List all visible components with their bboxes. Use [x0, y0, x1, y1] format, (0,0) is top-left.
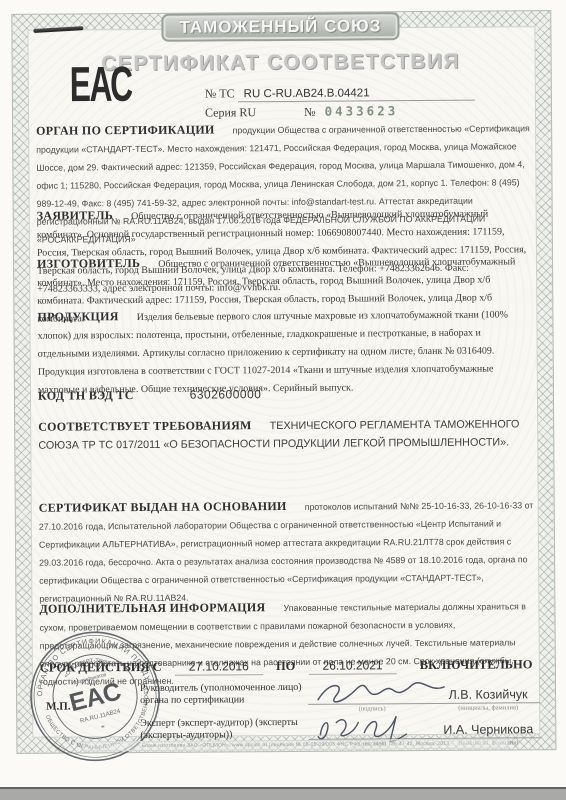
- stamp-star: *: [100, 723, 106, 733]
- section-certification-body-label: ОРГАН ПО СЕРТИФИКАЦИИ: [36, 122, 215, 137]
- certificate: ТАМОЖЕННЫЙ СОЮЗ СЕРТИФИКАТ СООТВЕТСТВИЯ …: [0, 0, 566, 800]
- mp-seal-placeholder: М.П.: [46, 700, 71, 712]
- customs-union-badge: ТАМОЖЕННЫЙ СОЮЗ: [161, 12, 399, 42]
- scanned-certificate-page: ТАМОЖЕННЫЙ СОЮЗ СЕРТИФИКАТ СООТВЕТСТВИЯ …: [0, 0, 566, 800]
- section-manufacturer-label: ИЗГОТОВИТЕЛЬ: [37, 256, 140, 271]
- certificate-number-line: № ТС RU C-RU.АВ24.В.04421: [205, 85, 475, 103]
- section-complies-with: СООТВЕТСТВУЕТ ТРЕБОВАНИЯМ ТЕХНИЧЕСКОГО Р…: [38, 414, 534, 453]
- expert-signature: [308, 716, 436, 740]
- section-complies-with-label: СООТВЕТСТВУЕТ ТРЕБОВАНИЯМ: [38, 418, 252, 433]
- section-issued-basis-label: СЕРТИФИКАТ ВЫДАН НА ОСНОВАНИИ: [39, 499, 287, 515]
- series-label: Серия RU: [205, 105, 256, 119]
- series-line: Серия RU № 0433623: [205, 103, 398, 120]
- section-additional-info-label: ДОПОЛНИТЕЛЬНАЯ ИНФОРМАЦИЯ: [39, 600, 265, 616]
- head-signature-stroke: [312, 677, 462, 708]
- head-signature: [308, 681, 436, 705]
- certificate-number-label: № ТС: [205, 86, 235, 100]
- validity-to-date: 26.10.2021: [308, 658, 396, 675]
- section-tnved-code: КОД ТН ВЭД ТС 6302600000: [38, 383, 534, 404]
- eac-logo: ЕАС: [70, 57, 132, 113]
- certificate-number-value: RU C-RU.АВ24.В.04421: [238, 87, 475, 103]
- expert-name: И.А. Черникова: [436, 722, 540, 739]
- validity-from-date: 27.10.2016: [175, 659, 263, 676]
- customs-union-badge-label: ТАМОЖЕННЫЙ СОЮЗ: [179, 16, 381, 36]
- series-number: 0433623: [324, 103, 398, 119]
- section-applicant-label: ЗАЯВИТЕЛЬ: [37, 208, 114, 223]
- section-tnved-code-label: КОД ТН ВЭД ТС: [38, 388, 134, 403]
- section-issued-basis-text: протоколов испытаний №№ 25-10-16-33, 26-…: [39, 500, 534, 603]
- series-no-sign: №: [304, 105, 316, 119]
- validity-inclusive-label: ВКЛЮЧИТЕЛЬНО: [420, 657, 533, 672]
- scanner-background-strip: [0, 787, 566, 800]
- signature-row-head: Руководитель (уполномоченное лицо) орган…: [140, 680, 540, 714]
- tnved-code-value: 6302600000: [190, 387, 262, 402]
- section-products-label: ПРОДУКЦИЯ: [37, 309, 118, 324]
- head-role-label: Руководитель (уполномоченное лицо) орган…: [140, 682, 308, 714]
- section-issued-basis: СЕРТИФИКАТ ВЫДАН НА ОСНОВАНИИ протоколов…: [39, 495, 536, 606]
- validity-po-label: ПО: [276, 659, 296, 673]
